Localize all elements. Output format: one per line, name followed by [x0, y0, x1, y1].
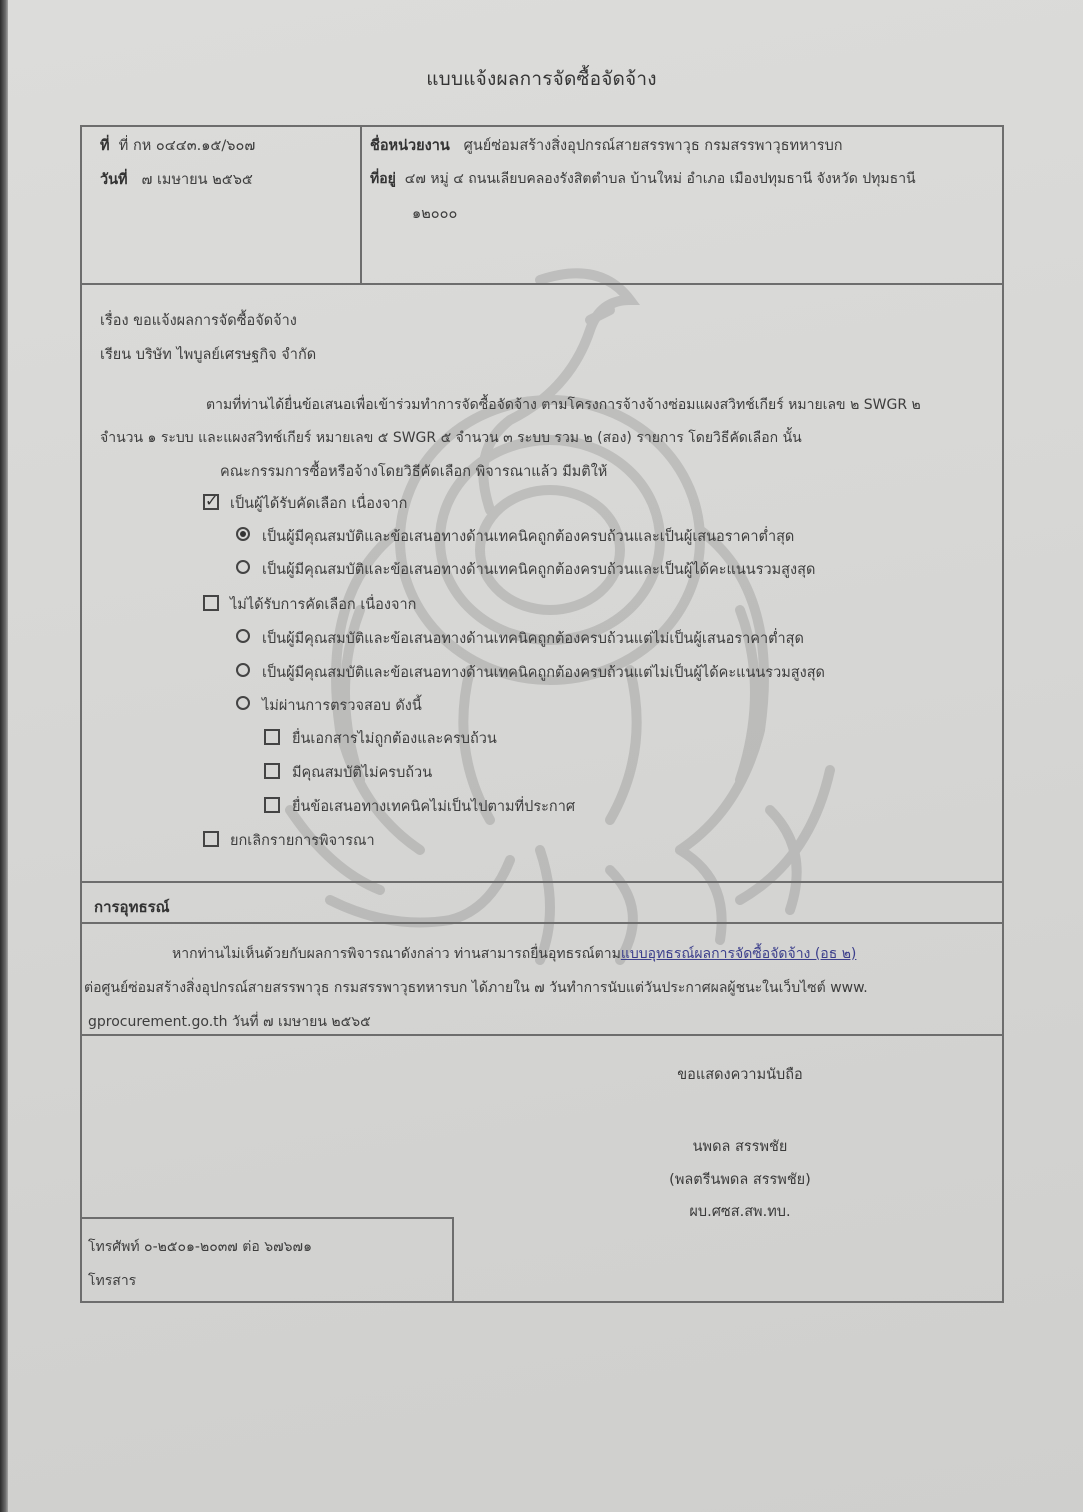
reference-number: ที่ กห ๐๔๔๓.๑๕/๖๐๗	[119, 138, 255, 154]
not-selected-reason-1-radio[interactable]	[236, 629, 250, 643]
appeal-line-3: gprocurement.go.th วันที่ ๗ เมษายน ๒๕๖๕	[88, 1011, 371, 1033]
not-selected-reason-3-label: ไม่ผ่านการตรวจสอบ ดังนี้	[262, 694, 422, 717]
cancel-label: ยกเลิกรายการพิจารณา	[230, 829, 375, 852]
selected-reason-1-label: เป็นผู้มีคุณสมบัติและข้อเสนอทางด้านเทคนิ…	[262, 525, 794, 548]
not-selected-checkbox[interactable]	[203, 595, 219, 611]
paragraph-line-1: ตามที่ท่านได้ยื่นข้อเสนอเพื่อเข้าร่วมทำก…	[206, 394, 921, 416]
paragraph-line-2: จำนวน ๑ ระบบ และแผงสวิทช์เกียร์ หมายเลข …	[100, 427, 802, 449]
subject-line: เรื่อง ขอแจ้งผลการจัดซื้อจัดจ้าง	[100, 309, 297, 332]
not-selected-reason-2-label: เป็นผู้มีคุณสมบัติและข้อเสนอทางด้านเทคนิ…	[262, 661, 825, 684]
appeal-form-link[interactable]: แบบอุทธรณ์ผลการจัดซื้อจัดจ้าง (อธ ๒)	[621, 946, 857, 962]
selected-label: เป็นผู้ได้รับคัดเลือก เนื่องจาก	[230, 492, 407, 515]
signer-full-name: (พลตรีนพดล สรรพชัย)	[610, 1168, 870, 1191]
selected-checkbox[interactable]	[203, 494, 219, 510]
cancel-checkbox[interactable]	[203, 831, 219, 847]
not-selected-reason-3-radio[interactable]	[236, 696, 250, 710]
agency-name: ศูนย์ซ่อมสร้างสิ่งอุปกรณ์สายสรรพาวุธ กรม…	[464, 138, 843, 154]
appeal-heading-rule	[82, 922, 1002, 924]
address-row: ที่อยู่ ๔๗ หมู่ ๔ ถนนเลียบคลองรังสิตตำบล…	[370, 168, 916, 190]
document-title: แบบแจ้งผลการจัดซื้อจัดจ้าง	[0, 64, 1083, 94]
address-label: ที่อยู่	[370, 171, 396, 187]
failure-3-label: ยื่นข้อเสนอทางเทคนิคไม่เป็นไปตามที่ประกา…	[292, 795, 575, 818]
recipient-line: เรียน บริษัท ไพบูลย์เศรษฐกิจ จำกัด	[100, 343, 316, 366]
appeal-line-1-text: หากท่านไม่เห็นด้วยกับผลการพิจารณาดังกล่า…	[172, 946, 621, 962]
address-line-2: ๑๒๐๐๐	[412, 202, 457, 225]
appeal-heading: การอุทธรณ์	[94, 895, 170, 919]
paragraph-line-3: คณะกรรมการซื้อหรือจ้างโดยวิธีคัดเลือก พิ…	[220, 460, 607, 483]
appeal-line-2: ต่อศูนย์ซ่อมสร้างสิ่งอุปกรณ์สายสรรพาวุธ …	[84, 977, 868, 999]
signer-signature: นพดล สรรพชัย	[610, 1135, 870, 1158]
appeal-top-rule	[82, 881, 1002, 883]
closing-text: ขอแสดงความนับถือ	[610, 1063, 870, 1086]
failure-2-label: มีคุณสมบัติไม่ครบถ้วน	[292, 761, 432, 784]
appeal-line-1: หากท่านไม่เห็นด้วยกับผลการพิจารณาดังกล่า…	[172, 943, 856, 965]
fax-label: โทรสาร	[88, 1270, 136, 1292]
selected-reason-2-radio[interactable]	[236, 560, 250, 574]
phone-number: โทรศัพท์ ๐-๒๕๐๑-๒๐๓๗ ต่อ ๖๗๖๗๑	[88, 1236, 312, 1258]
selected-reason-2-label: เป็นผู้มีคุณสมบัติและข้อเสนอทางด้านเทคนิ…	[262, 558, 815, 581]
not-selected-reason-2-radio[interactable]	[236, 663, 250, 677]
failure-1-checkbox[interactable]	[264, 729, 280, 745]
failure-1-label: ยื่นเอกสารไม่ถูกต้องและครบถ้วน	[292, 727, 497, 750]
agency-label: ชื่อหน่วยงาน	[370, 138, 450, 154]
header-divider	[360, 127, 362, 284]
address-line-1: ๔๗ หมู่ ๔ ถนนเลียบคลองรังสิตตำบล บ้านใหม…	[405, 171, 916, 187]
reference-row: ที่ ที่ กห ๐๔๔๓.๑๕/๖๐๗	[100, 134, 255, 157]
signature-top-rule	[82, 1034, 1002, 1036]
form-frame	[80, 125, 1004, 1303]
date-label: วันที่	[100, 172, 128, 188]
agency-row: ชื่อหน่วยงาน ศูนย์ซ่อมสร้างสิ่งอุปกรณ์สา…	[370, 134, 843, 157]
selected-reason-1-radio[interactable]	[236, 527, 250, 541]
failure-3-checkbox[interactable]	[264, 797, 280, 813]
header-bottom-rule	[82, 283, 1002, 285]
not-selected-reason-1-label: เป็นผู้มีคุณสมบัติและข้อเสนอทางด้านเทคนิ…	[262, 627, 804, 650]
date-row: วันที่ ๗ เมษายน ๒๕๖๕	[100, 168, 253, 191]
date-value: ๗ เมษายน ๒๕๖๕	[141, 172, 252, 188]
failure-2-checkbox[interactable]	[264, 763, 280, 779]
signer-position: ผบ.ศซส.สพ.ทบ.	[610, 1200, 870, 1223]
not-selected-label: ไม่ได้รับการคัดเลือก เนื่องจาก	[230, 593, 416, 616]
reference-label: ที่	[100, 138, 110, 154]
